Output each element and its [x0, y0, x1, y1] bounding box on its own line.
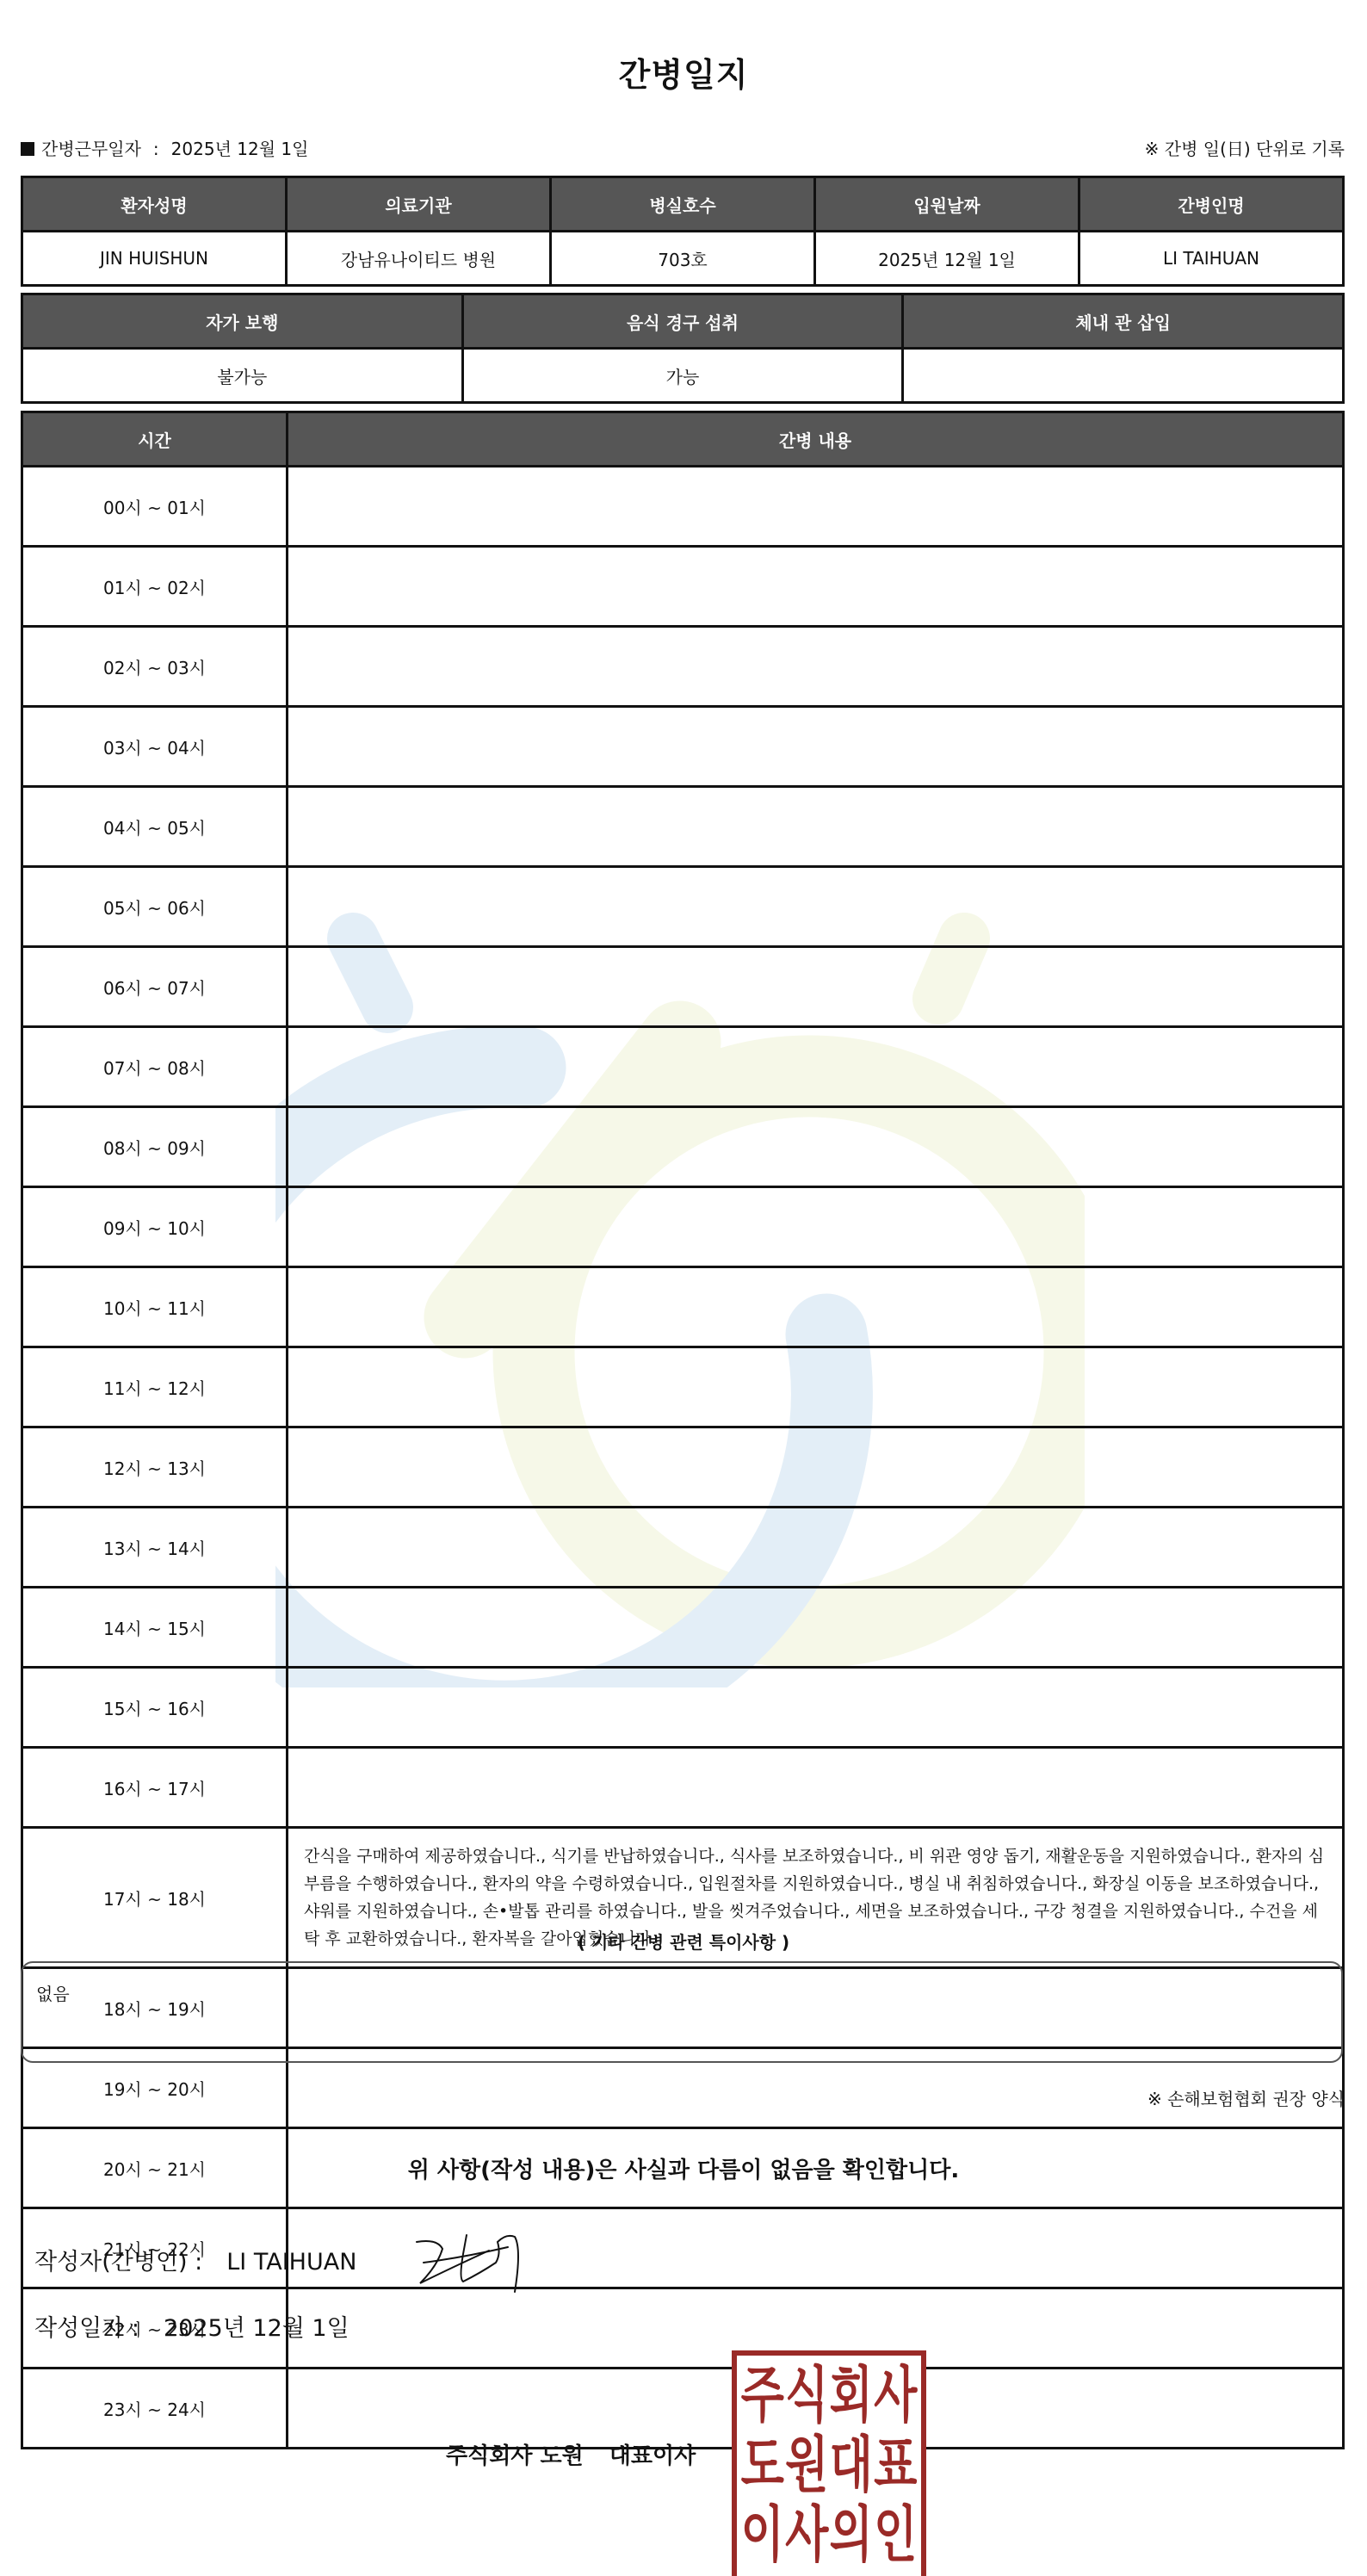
- work-date-sep: :: [153, 139, 159, 159]
- care-content: [288, 1508, 1344, 1588]
- seal-character: 대: [830, 2436, 873, 2496]
- time-slot: 12시 ~ 13시: [22, 1427, 288, 1508]
- care-content: [288, 1027, 1344, 1107]
- care-log-table: 시간 간병 내용 00시 ~ 01시01시 ~ 02시02시 ~ 03시03시 …: [21, 411, 1345, 2449]
- document-title: 간병일지: [0, 48, 1367, 96]
- care-log-row: 05시 ~ 06시: [22, 867, 1344, 947]
- time-slot: 15시 ~ 16시: [22, 1668, 288, 1748]
- recommend-note: ※ 손해보험협회 권장 양식: [1147, 2085, 1345, 2110]
- time-slot: 10시 ~ 11시: [22, 1267, 288, 1347]
- time-slot: 16시 ~ 17시: [22, 1748, 288, 1828]
- care-content: [288, 787, 1344, 867]
- care-log-row: 09시 ~ 10시: [22, 1187, 1344, 1267]
- care-log-row: 07시 ~ 08시: [22, 1027, 1344, 1107]
- time-slot: 01시 ~ 02시: [22, 547, 288, 627]
- seal-character: 이: [741, 2505, 784, 2566]
- writer-value: LI TAIHUAN: [226, 2249, 356, 2276]
- time-slot: 03시 ~ 04시: [22, 707, 288, 787]
- care-log-row: 08시 ~ 09시: [22, 1107, 1344, 1187]
- care-content: [288, 1267, 1344, 1347]
- admission-date: 2025년 12월 1일: [815, 232, 1079, 286]
- notes-title: ( 기타 간병 관련 특이사항 ): [0, 1929, 1367, 1954]
- seal-character: 식: [785, 2366, 828, 2426]
- header-oral-intake: 음식 경구 섭취: [462, 294, 903, 349]
- time-slot: 04시 ~ 05시: [22, 787, 288, 867]
- care-log-row: 10시 ~ 11시: [22, 1267, 1344, 1347]
- record-note: ※ 간병 일(日) 단위로 기록: [1145, 135, 1345, 160]
- signature-icon: [411, 2232, 541, 2300]
- time-slot: 23시 ~ 24시: [22, 2369, 288, 2449]
- company-line: 주식회사 도원대표이사: [446, 2438, 696, 2470]
- care-log-row: 04시 ~ 05시: [22, 787, 1344, 867]
- write-date-label: 작성일자 :: [34, 2315, 139, 2342]
- header-tube-insertion: 체내 관 삽입: [903, 294, 1344, 349]
- seal-character: 인: [874, 2505, 917, 2566]
- writer-label: 작성자(간병인) :: [34, 2249, 202, 2276]
- care-content: [288, 707, 1344, 787]
- care-log-row: 13시 ~ 14시: [22, 1508, 1344, 1588]
- oral-intake: 가능: [462, 349, 903, 403]
- seal-character: 표: [874, 2436, 917, 2496]
- self-walking: 불가능: [22, 349, 463, 403]
- time-slot: 07시 ~ 08시: [22, 1027, 288, 1107]
- care-log-row: 23시 ~ 24시: [22, 2369, 1344, 2449]
- time-slot: 09시 ~ 10시: [22, 1187, 288, 1267]
- seal-character: 주: [741, 2366, 784, 2426]
- care-log-row: 12시 ~ 13시: [22, 1427, 1344, 1508]
- seal-character: 도: [741, 2436, 784, 2496]
- care-log-row: 11시 ~ 12시: [22, 1347, 1344, 1427]
- time-slot: 02시 ~ 03시: [22, 627, 288, 707]
- header-caregiver: 간병인명: [1079, 177, 1344, 232]
- patient-name: JIN HUISHUN: [22, 232, 287, 286]
- square-bullet-icon: [21, 142, 34, 156]
- work-date: 간병근무일자:2025년 12월 1일: [21, 135, 308, 160]
- header-institution: 의료기관: [287, 177, 551, 232]
- time-slot: 13시 ~ 14시: [22, 1508, 288, 1588]
- company-role: 대표이사: [609, 2443, 696, 2469]
- patient-status-table: 자가 보행 음식 경구 섭취 체내 관 삽입 불가능 가능: [21, 293, 1345, 404]
- care-content: [288, 1347, 1344, 1427]
- care-content: [288, 547, 1344, 627]
- care-content: [288, 947, 1344, 1027]
- time-slot: 00시 ~ 01시: [22, 467, 288, 547]
- care-log-row: 02시 ~ 03시: [22, 627, 1344, 707]
- care-content: [288, 1107, 1344, 1187]
- company-name: 주식회사 도원: [446, 2443, 584, 2469]
- confirmation-statement: 위 사항(작성 내용)은 사실과 다름이 없음을 확인합니다.: [0, 2152, 1367, 2184]
- care-log-row: 06시 ~ 07시: [22, 947, 1344, 1027]
- care-log-row: 16시 ~ 17시: [22, 1748, 1344, 1828]
- care-log-row: 00시 ~ 01시: [22, 467, 1344, 547]
- care-content: [288, 1588, 1344, 1668]
- time-slot: 05시 ~ 06시: [22, 867, 288, 947]
- write-date-value: 2025년 12월 1일: [164, 2315, 349, 2342]
- seal-character: 회: [830, 2366, 873, 2426]
- header-patient-name: 환자성명: [22, 177, 287, 232]
- time-slot: 06시 ~ 07시: [22, 947, 288, 1027]
- caregiver-name: LI TAIHUAN: [1079, 232, 1344, 286]
- notes-box: 없음: [21, 1961, 1343, 2063]
- tube-insertion: [903, 349, 1344, 403]
- time-slot: 08시 ~ 09시: [22, 1107, 288, 1187]
- work-date-value: 2025년 12월 1일: [171, 139, 309, 159]
- care-log-row: 14시 ~ 15시: [22, 1588, 1344, 1668]
- care-content: [288, 1748, 1344, 1828]
- time-slot: 14시 ~ 15시: [22, 1588, 288, 1668]
- seal-character: 사: [785, 2505, 828, 2566]
- header-admission-date: 입원날짜: [815, 177, 1079, 232]
- time-slot: 11시 ~ 12시: [22, 1347, 288, 1427]
- header-care-content: 간병 내용: [288, 412, 1344, 467]
- header-room: 병실호수: [551, 177, 815, 232]
- write-date-line: 작성일자 :2025년 12월 1일: [34, 2309, 349, 2343]
- work-date-label: 간병근무일자: [41, 139, 141, 159]
- company-seal-stamp: 주식회사도원대표이사의인: [732, 2350, 926, 2576]
- institution: 강남유나이티드 병원: [287, 232, 551, 286]
- seal-character: 사: [874, 2366, 917, 2426]
- writer-line: 작성자(간병인) :LI TAIHUAN: [34, 2243, 356, 2276]
- care-content: [288, 867, 1344, 947]
- care-content: [288, 1668, 1344, 1748]
- seal-character: 의: [830, 2505, 873, 2566]
- patient-info-table: 환자성명 의료기관 병실호수 입원날짜 간병인명 JIN HUISHUN 강남유…: [21, 176, 1345, 287]
- care-log-row: 03시 ~ 04시: [22, 707, 1344, 787]
- seal-character: 원: [785, 2436, 828, 2496]
- room-number: 703호: [551, 232, 815, 286]
- care-log-row: 01시 ~ 02시: [22, 547, 1344, 627]
- header-self-walking: 자가 보행: [22, 294, 463, 349]
- care-content: [288, 467, 1344, 547]
- care-log-row: 15시 ~ 16시: [22, 1668, 1344, 1748]
- header-time: 시간: [22, 412, 288, 467]
- care-content: [288, 1187, 1344, 1267]
- care-content: [288, 627, 1344, 707]
- care-content: [288, 1427, 1344, 1508]
